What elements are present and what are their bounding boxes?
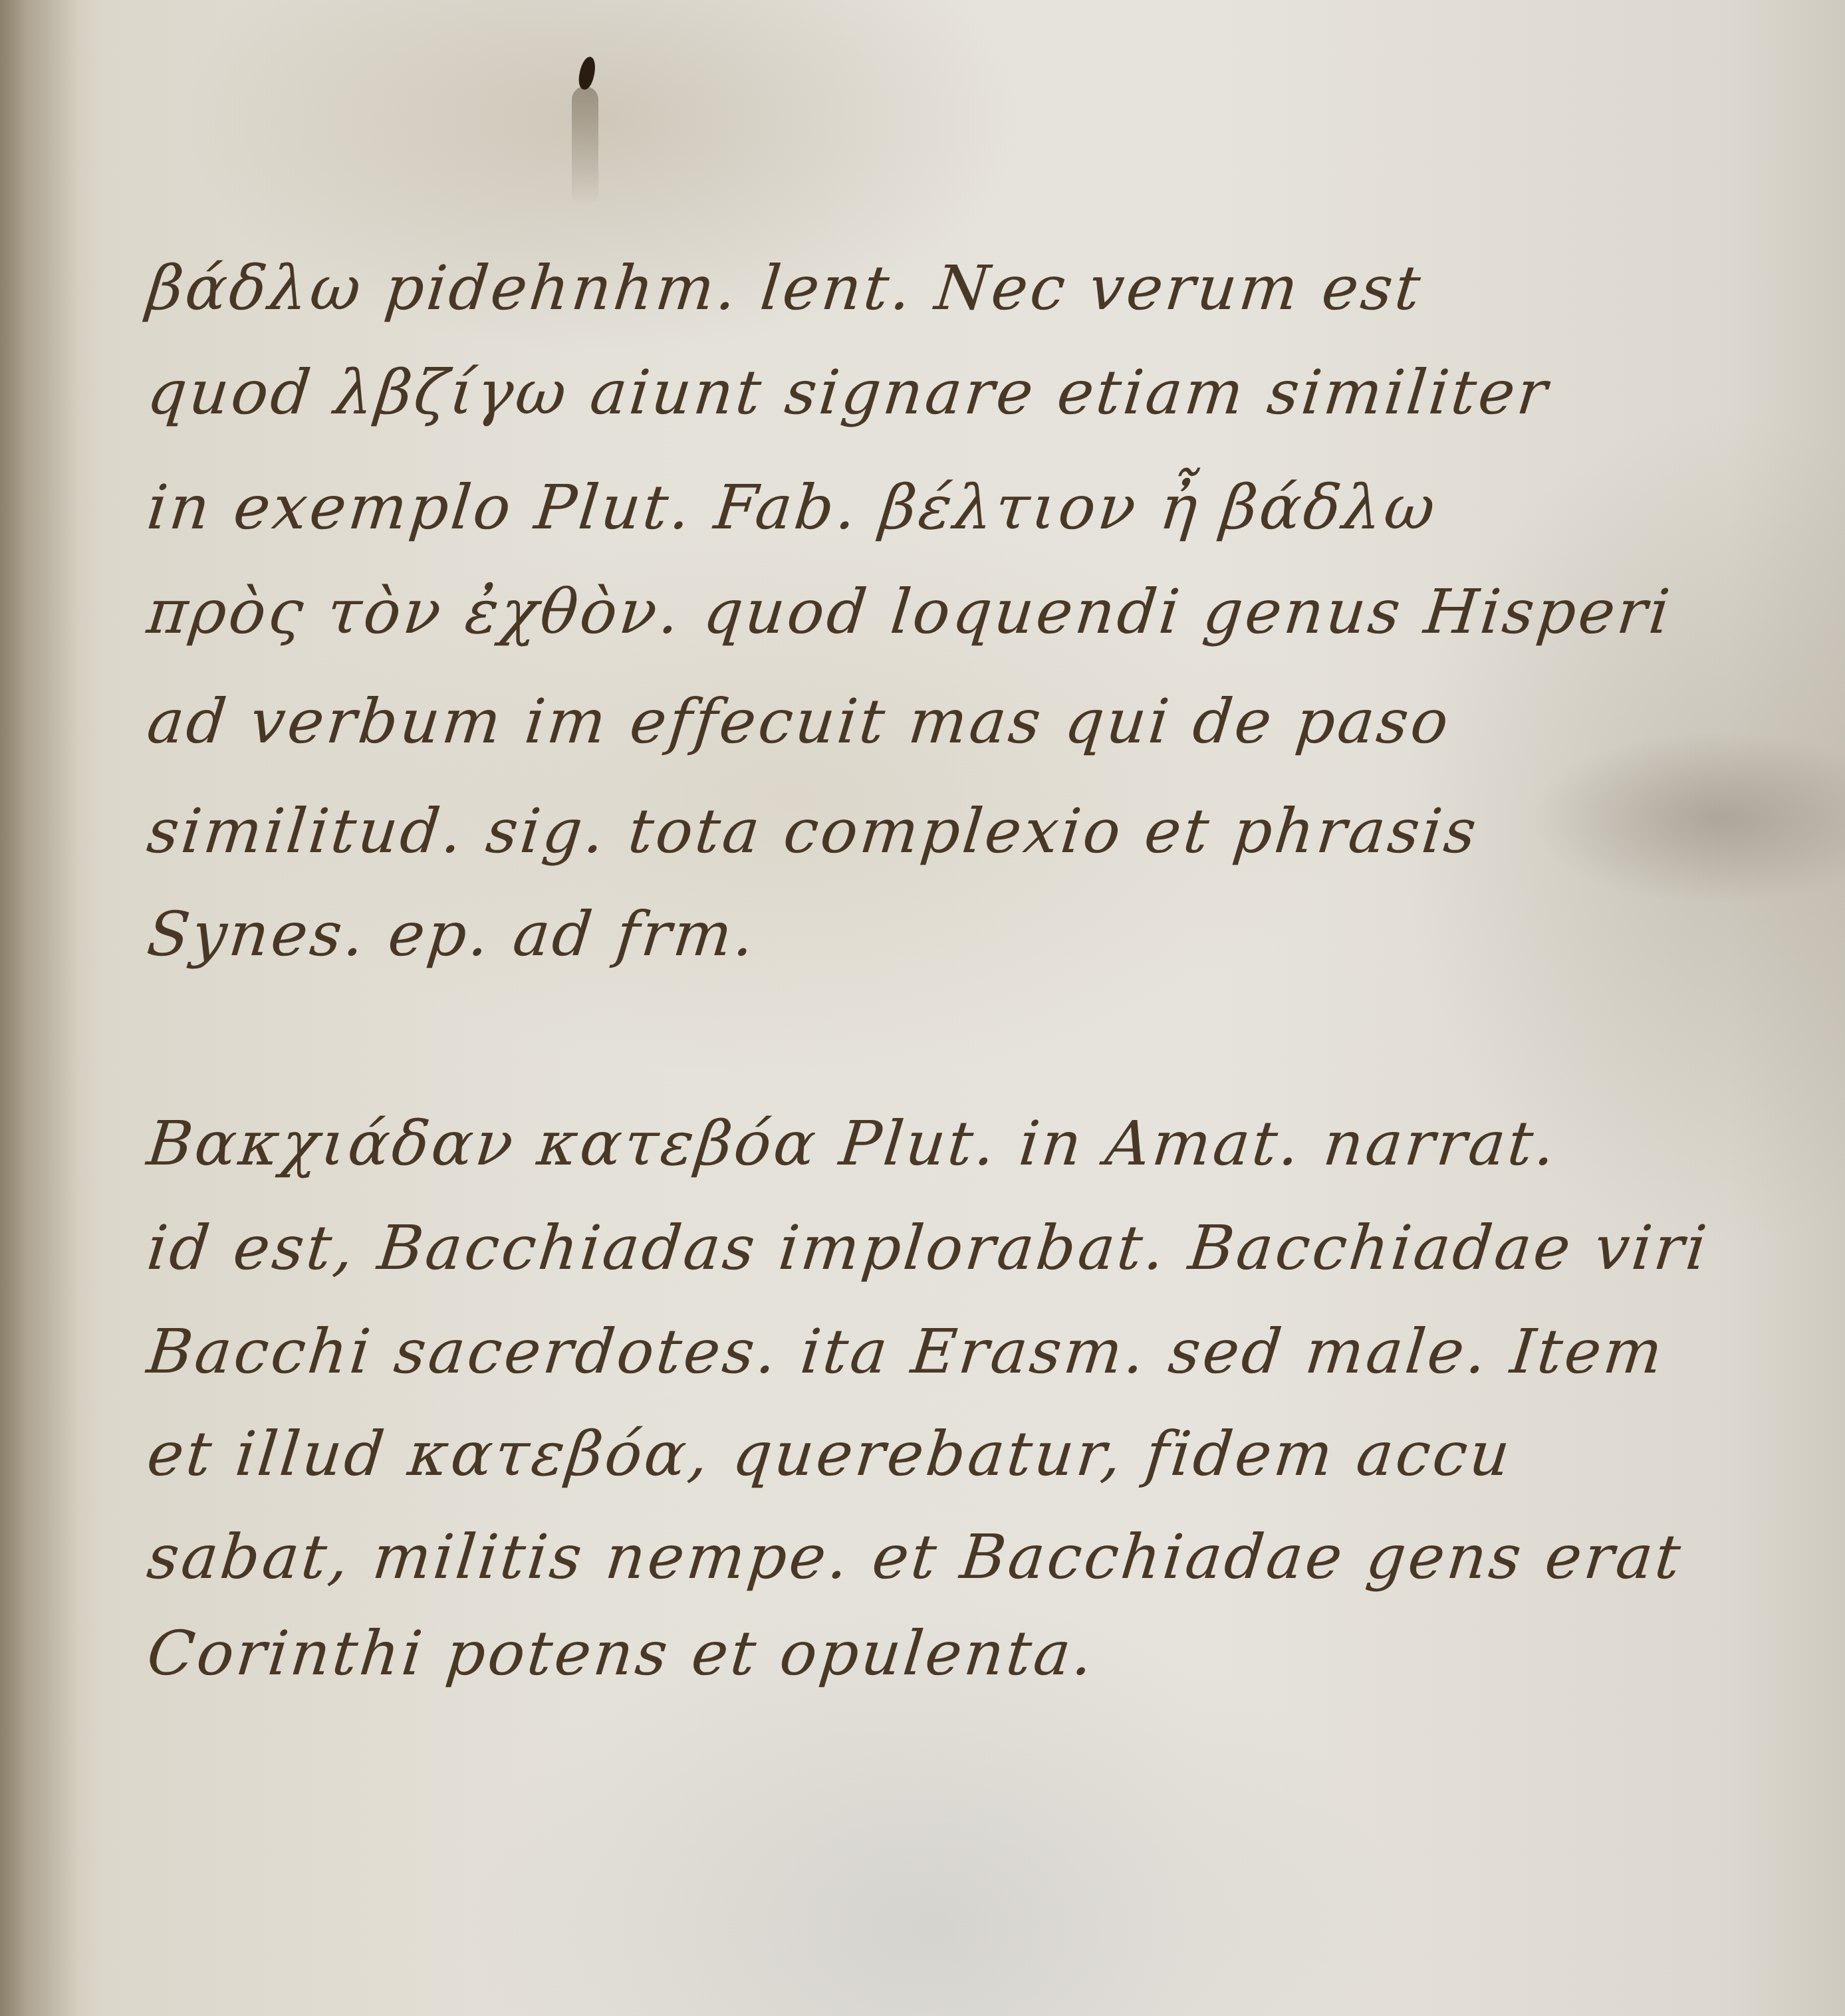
text-line: sabat, militis nempe. et Bacchiadae gens… bbox=[144, 1527, 1685, 1588]
text-line: id est, Bacchiadas implorabat. Bacchiada… bbox=[144, 1218, 1711, 1279]
ink-drip-stain bbox=[572, 86, 598, 206]
text-line: in exemplo Plut. Fab. βέλτιον ἦ βάδλω bbox=[144, 477, 1440, 538]
text-line: πρὸς τὸν ἐχθὸν. quod loquendi genus Hisp… bbox=[144, 582, 1675, 643]
text-line: quod λβζίγω aiunt signare etiam similite… bbox=[144, 362, 1552, 423]
text-line: et illud κατεβόα, querebatur, fidem accu bbox=[144, 1424, 1515, 1485]
text-line: Βακχιάδαν κατεβόα Plut. in Amat. narrat. bbox=[144, 1113, 1560, 1175]
manuscript-page: βάδλω pidehnhm. lent. Nec verum est quod… bbox=[0, 0, 1845, 2016]
left-edge-stain bbox=[0, 0, 80, 2016]
text-line: βάδλω pidehnhm. lent. Nec verum est bbox=[144, 258, 1425, 319]
text-line: Corinthi potens et opulenta. bbox=[144, 1623, 1098, 1684]
text-line: ad verbum im effecuit mas qui de paso bbox=[144, 691, 1453, 752]
text-line: Synes. ep. ad frm. bbox=[144, 904, 759, 965]
text-line: similitud. sig. tota complexio et phrasi… bbox=[144, 801, 1481, 862]
text-line: Bacchi sacerdotes. ita Erasm. sed male. … bbox=[144, 1321, 1667, 1383]
ink-blot bbox=[576, 55, 598, 90]
paper-fold-shadow bbox=[1529, 731, 1845, 904]
